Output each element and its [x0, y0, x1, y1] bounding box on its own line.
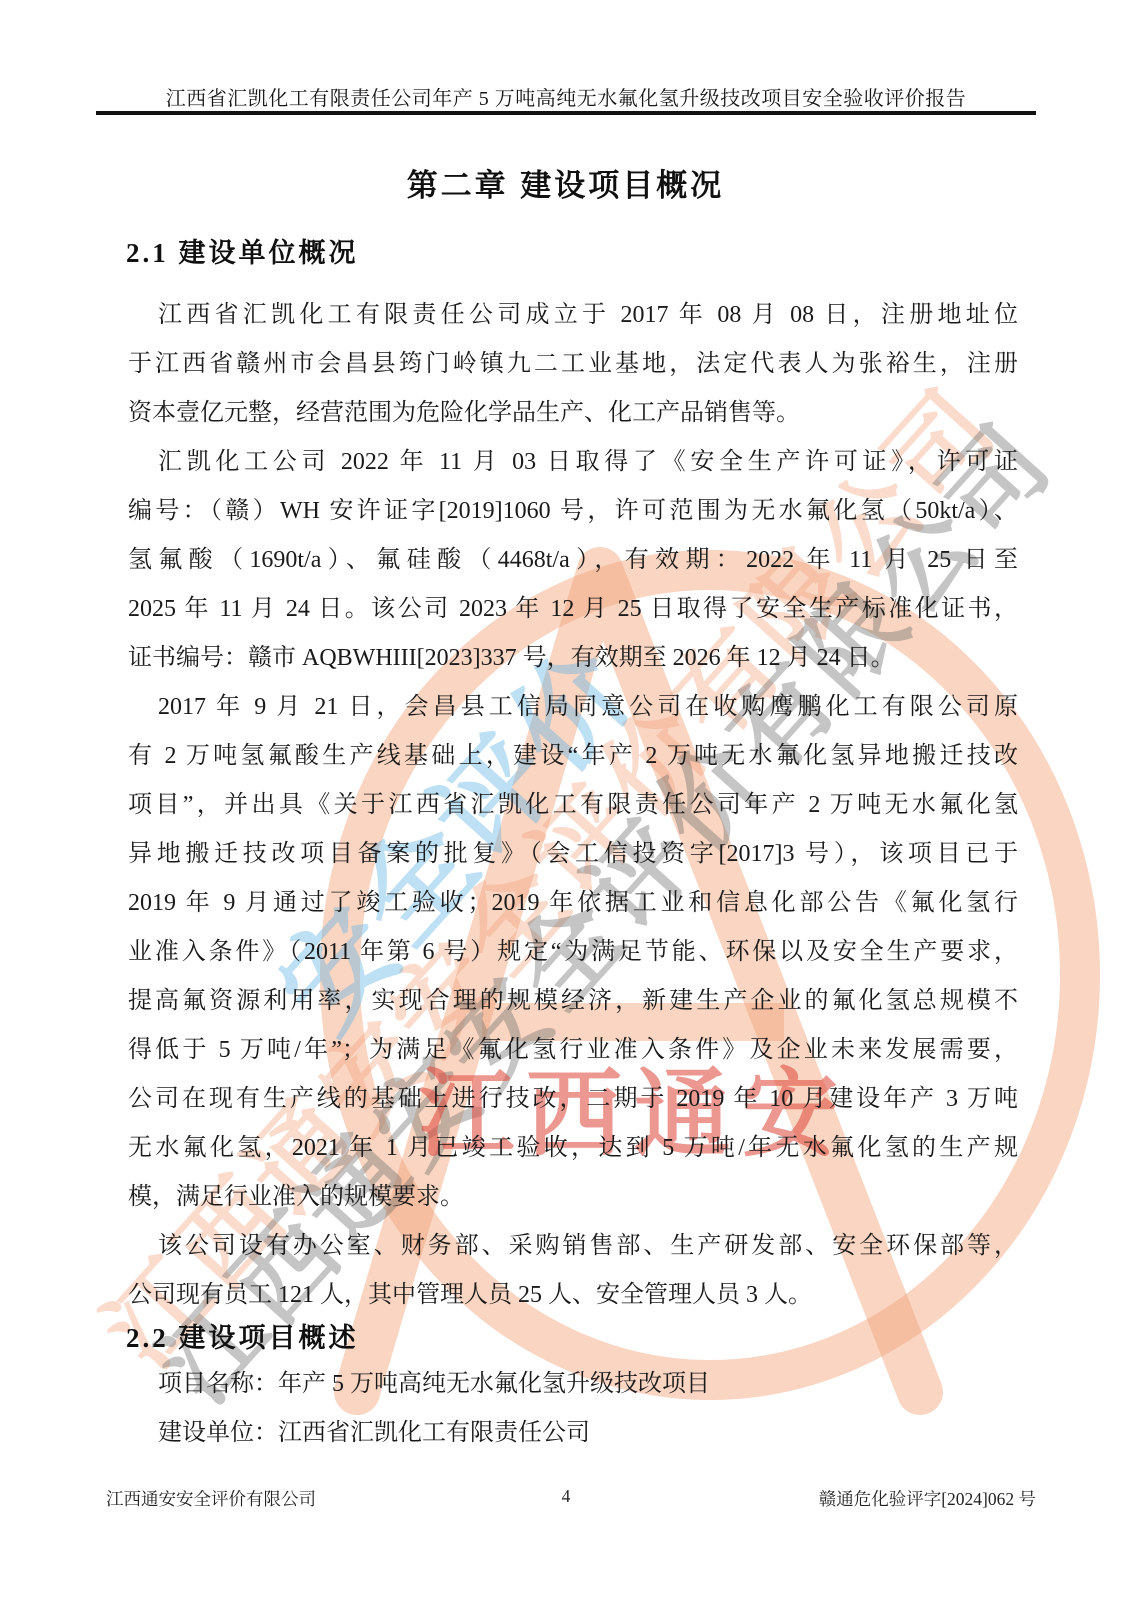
body-line: 项目名称：年产 5 万吨高纯无水氟化氢升级技改项目: [128, 1360, 1018, 1409]
body-line: 公司在现有生产线的基础上进行技改，二期于 2019 年 10 月建设年产 3 万…: [128, 1075, 1018, 1124]
body-line: 资本壹亿元整，经营范围为危险化学品生产、化工产品销售等。: [128, 389, 1018, 438]
body-line: 江西省汇凯化工有限责任公司成立于 2017 年 08 月 08 日，注册地址位: [128, 291, 1018, 340]
body-line: 2019 年 9 月通过了竣工验收；2019 年依据工业和信息化部公告《氟化氢行: [128, 879, 1018, 928]
body-line: 业准入条件》（2011 年第 6 号）规定“为满足节能、环保以及安全生产要求，: [128, 928, 1018, 977]
header-divider: [96, 111, 1036, 115]
section-heading-2-2: 2.2 建设项目概述: [126, 1316, 359, 1355]
body-line: 有 2 万吨氢氟酸生产线基础上，建设“年产 2 万吨无水氟化氢异地搬迁技改: [128, 732, 1018, 781]
body-line: 公司现有员工 121 人，其中管理人员 25 人、安全管理人员 3 人。: [128, 1271, 1018, 1320]
body-line: 异地搬迁技改项目备案的批复》（会工信投资字[2017]3 号），该项目已于: [128, 830, 1018, 879]
body-line: 无水氟化氢，2021 年 1 月已竣工验收，达到 5 万吨/年无水氟化氢的生产规: [128, 1124, 1018, 1173]
section-heading-2-1: 2.1 建设单位概况: [126, 231, 359, 270]
body-line: 项目”，并出具《关于江西省汇凯化工有限责任公司年产 2 万吨无水氟化氢: [128, 781, 1018, 830]
body-line: 2017 年 9 月 21 日，会昌县工信局同意公司在收购鹰鹏化工有限公司原: [128, 683, 1018, 732]
body-line: 提高氟资源利用率，实现合理的规模经济，新建生产企业的氟化氢总规模不: [128, 977, 1018, 1026]
body-line: 氢氟酸（1690t/a）、氟硅酸（4468t/a），有效期：2022 年 11 …: [128, 536, 1018, 585]
body-line: 得低于 5 万吨/年”；为满足《氟化氢行业准入条件》及企业未来发展需要，: [128, 1026, 1018, 1075]
body-line: 汇凯化工公司 2022 年 11 月 03 日取得了《安全生产许可证》，许可证: [128, 438, 1018, 487]
body-line: 模，满足行业准入的规模要求。: [128, 1173, 1018, 1222]
page-footer: 4 江西通安安全评价有限公司 赣通危化验评字[2024]062 号: [96, 1486, 1036, 1510]
body-line: 于江西省赣州市会昌县筠门岭镇九二工业基地，法定代表人为张裕生，注册: [128, 340, 1018, 389]
footer-company-name: 江西通安安全评价有限公司: [106, 1486, 316, 1511]
body-line: 编号：（赣）WH 安许证字[2019]1060 号，许可范围为无水氟化氢（50k…: [128, 487, 1018, 536]
footer-doc-number: 赣通危化验评字[2024]062 号: [819, 1486, 1036, 1511]
body-line: 该公司设有办公室、财务部、采购销售部、生产研发部、安全环保部等，: [128, 1222, 1018, 1271]
body-line: 证书编号：赣市 AQBWHIII[2023]337 号，有效期至 2026 年 …: [128, 634, 1018, 683]
body-line: 建设单位：江西省汇凯化工有限责任公司: [128, 1409, 1018, 1458]
body-line: 2025 年 11 月 24 日。该公司 2023 年 12 月 25 日取得了…: [128, 585, 1018, 634]
document-page: 江西省汇凯化工有限责任公司年产 5 万吨高纯无水氟化氢升级技改项目安全验收评价报…: [0, 0, 1131, 1600]
chapter-title: 第二章 建设项目概况: [0, 160, 1131, 205]
page-header-title: 江西省汇凯化工有限责任公司年产 5 万吨高纯无水氟化氢升级技改项目安全验收评价报…: [96, 82, 1036, 111]
